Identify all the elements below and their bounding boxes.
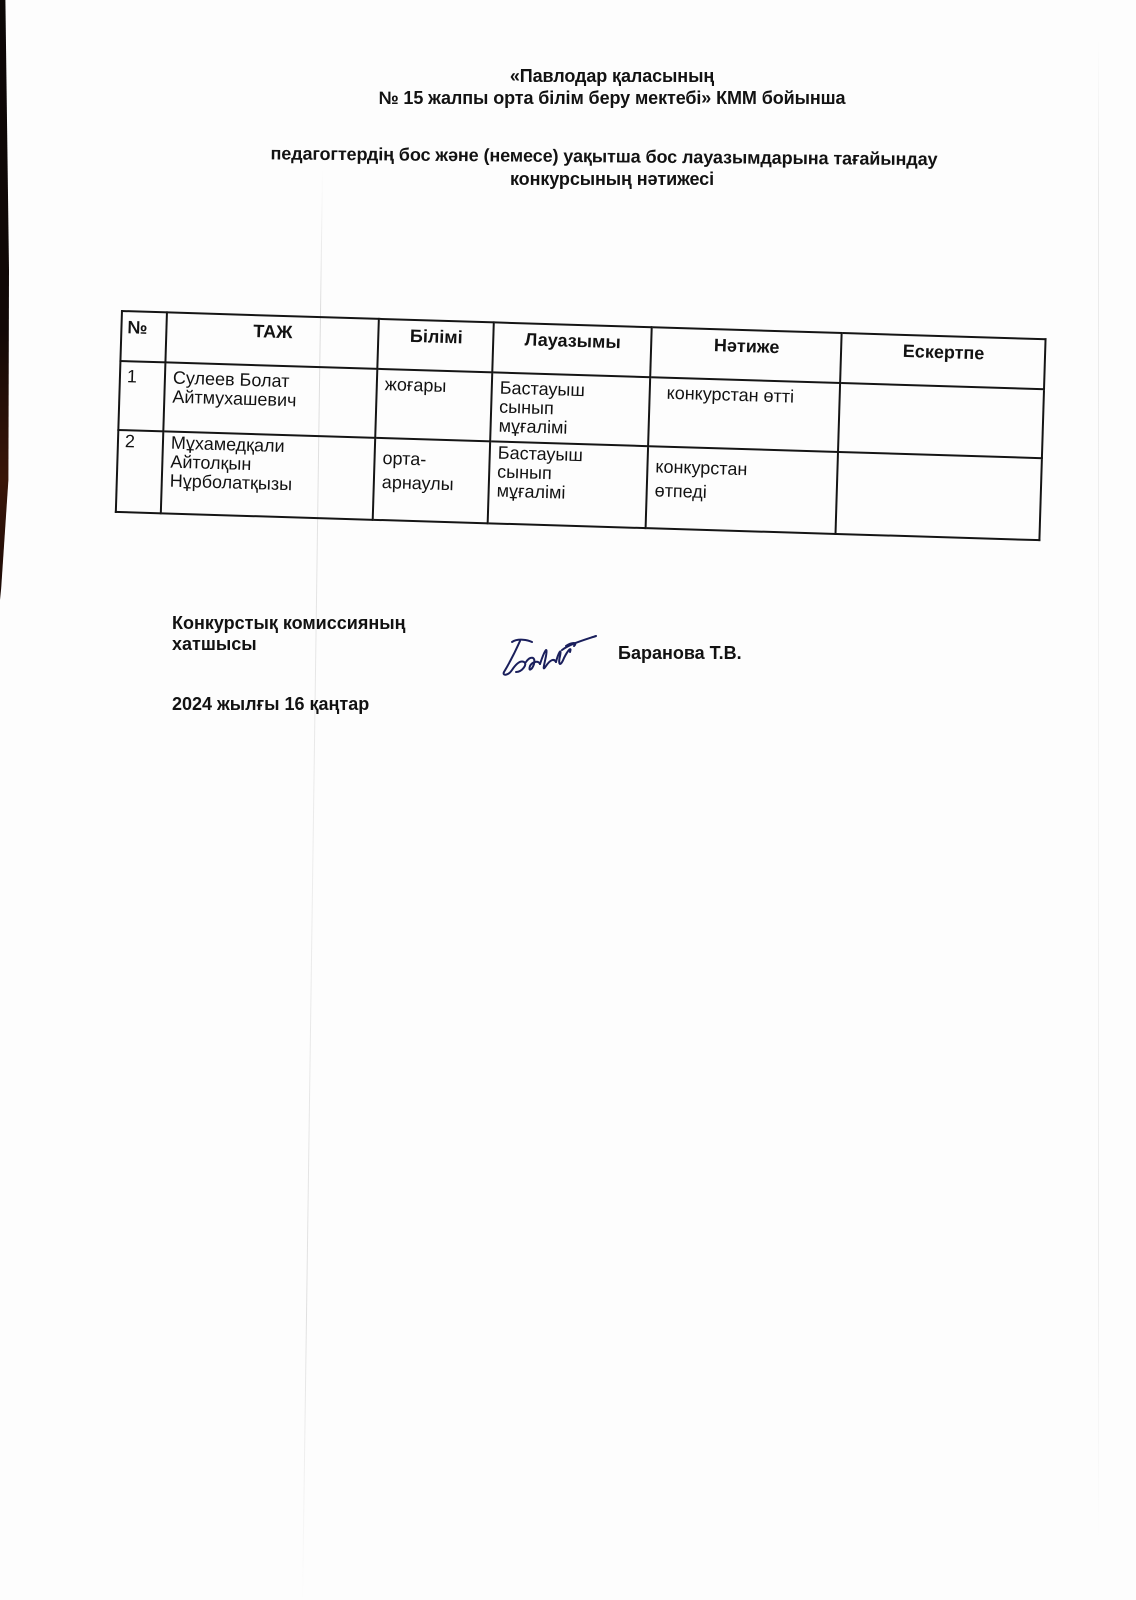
cell-note [835,452,1041,540]
header-note: Ескертпе [840,333,1045,389]
result-line: конкурстан өтті [666,384,833,408]
cell-education: жоғары [375,369,492,441]
cell-number: 2 [116,430,163,513]
cell-result: конкурстан өтті [648,377,840,452]
header-full-name: ТАЖ [165,312,378,368]
header-number: № [120,311,167,362]
results-table: № ТАЖ Білімі Лауазымы Нәтиже Ескертпе 1 … [115,310,1047,541]
education-line: орта- [382,449,483,471]
signatory-role: Конкурстық комиссияның хатшысы [172,613,405,655]
education-line: арнаулы [382,473,483,495]
cell-result: конкурстан өтпеді [646,446,838,534]
header-position: Лауазымы [492,322,651,377]
document-heading-line-2: № 15 жалпы орта білім беру мектебі» КММ … [0,87,1136,109]
header-result: Нәтиже [650,327,841,383]
position-line: мұғалімі [496,482,640,505]
cell-position: Бастауыш сынып мұғалімі [490,372,650,446]
position-line: мұғалімі [498,417,642,440]
document-date: 2024 жылғы 16 қаңтар [172,694,369,715]
signatory-name: Баранова Т.В. [618,643,742,664]
signatory-role-line: хатшысы [172,634,405,655]
cell-full-name: Сулеев Болат Айтмухашевич [163,362,377,437]
result-line: өтпеді [654,481,829,505]
document-heading-line-1: «Павлодар қаласының [0,65,1136,87]
signatory-role-line: Конкурстық комиссияның [172,613,405,634]
cell-position: Бастауыш сынып мұғалімі [488,441,648,528]
cell-note [838,383,1044,458]
cell-number: 1 [118,361,165,431]
header-education: Білімі [377,319,493,372]
paper-fold-line [1098,40,1099,1540]
results-table-container: № ТАЖ Білімі Лауазымы Нәтиже Ескертпе 1 … [115,310,1045,541]
cell-education: орта- арнаулы [373,438,490,523]
document-heading-line-4: конкурсының нәтижесі [0,168,1136,190]
education-line: жоғары [385,375,486,397]
cell-full-name: Мұхамедқали Айтолқын Нұрболатқызы [161,431,375,519]
result-line: конкурстан [655,457,830,481]
handwritten-signature [498,632,598,680]
